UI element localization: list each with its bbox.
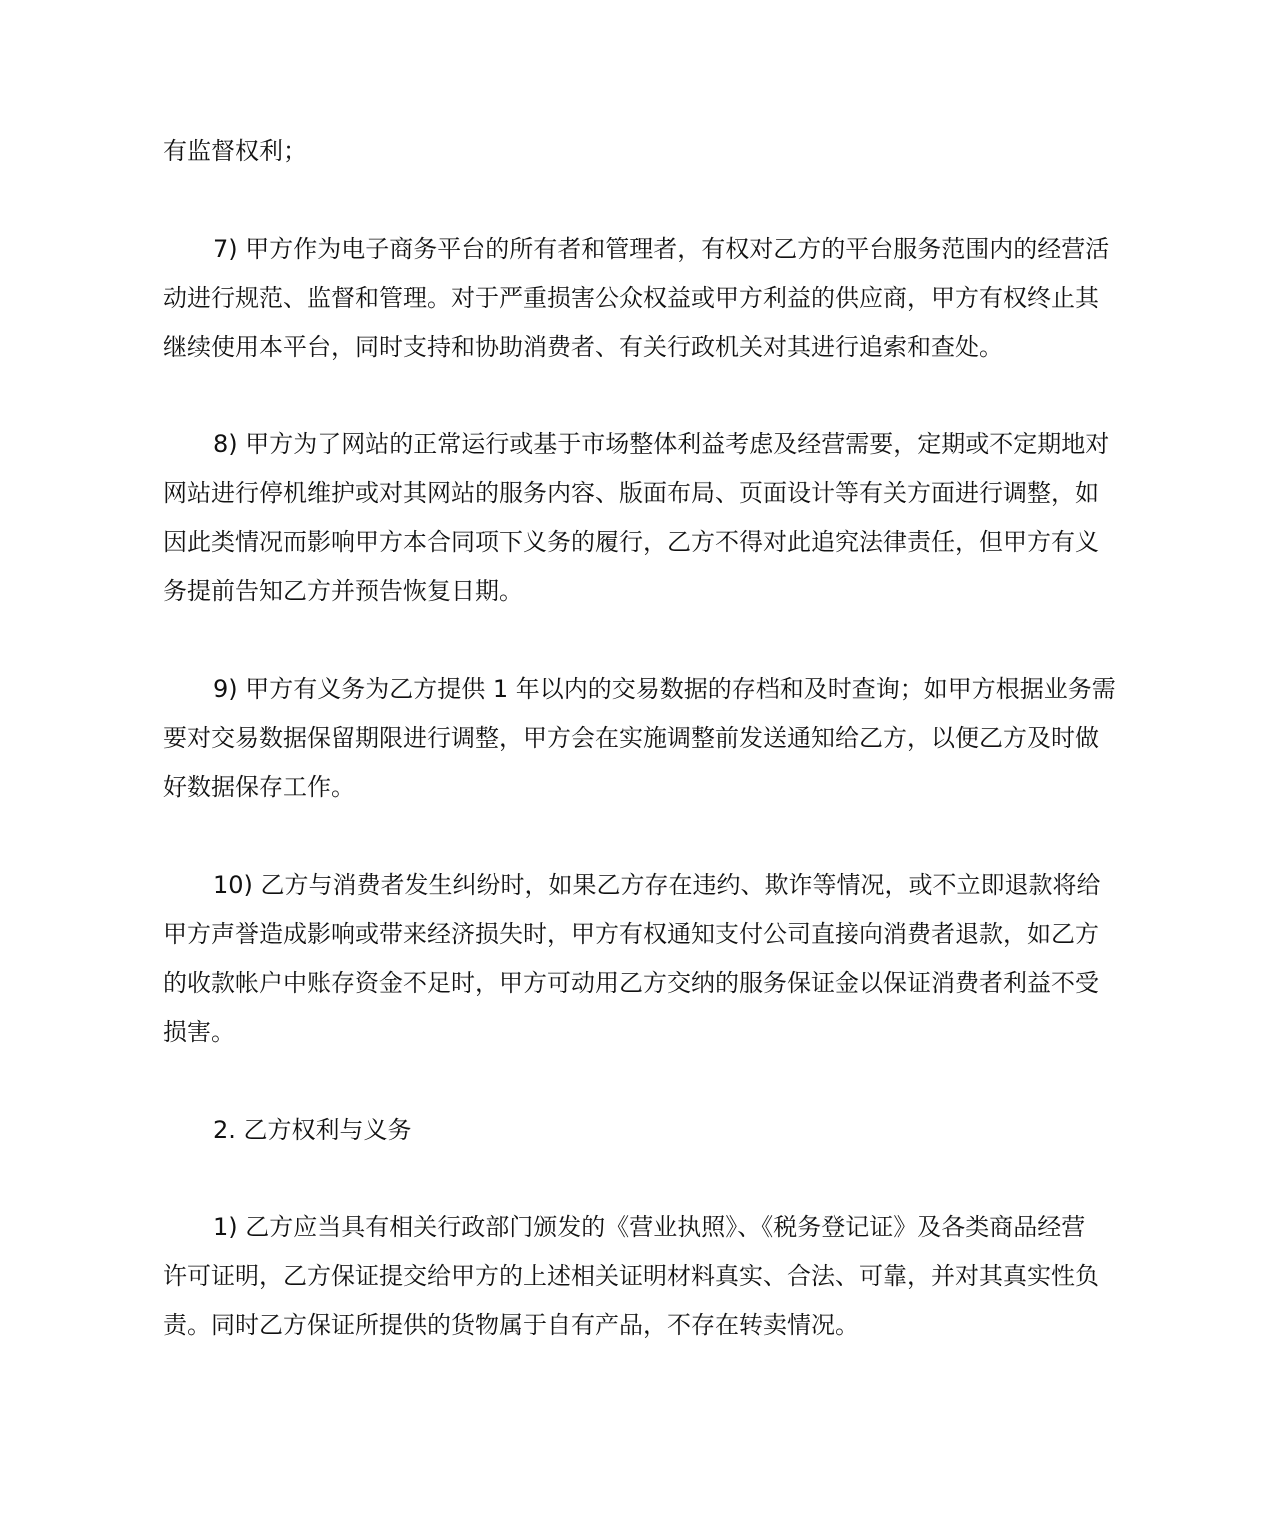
clause-10-line-3: 的收款帐户中账存资金不足时，甲方可动用乙方交纳的服务保证金以保证消费者利益不受 [163,968,1099,998]
party-b-clause-1-line-2: 许可证明，乙方保证提交给甲方的上述相关证明材料真实、合法、可靠，并对其真实性负 [163,1261,1099,1291]
clause-8-line-3: 因此类情况而影响甲方本合同项下义务的履行，乙方不得对此追究法律责任，但甲方有义 [163,527,1099,557]
clause-8-line-1: 8) 甲方为了网站的正常运行或基于市场整体利益考虑及经营需要，定期或不定期地对 [213,429,1109,459]
party-b-clause-1-line-3: 责。同时乙方保证所提供的货物属于自有产品，不存在转卖情况。 [163,1310,859,1340]
clause-8-line-4: 务提前告知乙方并预告恢复日期。 [163,576,523,606]
document-page: 有监督权利； 7) 甲方作为电子商务平台的所有者和管理者，有权对乙方的平台服务范… [0,0,1280,1521]
clause-7-line-3: 继续使用本平台，同时支持和协助消费者、有关行政机关对其进行追索和查处。 [163,332,1003,362]
clause-10-line-4: 损害。 [163,1017,235,1047]
section-heading-party-b-rights: 2. 乙方权利与义务 [213,1115,412,1145]
clause-7-line-1: 7) 甲方作为电子商务平台的所有者和管理者，有权对乙方的平台服务范围内的经营活 [213,234,1109,264]
clause-9-line-2: 要对交易数据保留期限进行调整，甲方会在实施调整前发送通知给乙方，以便乙方及时做 [163,723,1099,753]
clause-10-line-2: 甲方声誉造成影响或带来经济损失时，甲方有权通知支付公司直接向消费者退款，如乙方 [163,919,1099,949]
clause-9-line-3: 好数据保存工作。 [163,772,355,802]
clause-7-line-2: 动进行规范、监督和管理。对于严重损害公众权益或甲方利益的供应商，甲方有权终止其 [163,283,1099,313]
clause-8-line-2: 网站进行停机维护或对其网站的服务内容、版面布局、页面设计等有关方面进行调整，如 [163,478,1099,508]
paragraph-continuation-line: 有监督权利； [163,136,307,166]
clause-9-line-1: 9) 甲方有义务为乙方提供 1 年以内的交易数据的存档和及时查询；如甲方根据业务… [213,674,1116,704]
clause-10-line-1: 10) 乙方与消费者发生纠纷时，如果乙方存在违约、欺诈等情况，或不立即退款将给 [213,870,1101,900]
party-b-clause-1-line-1: 1) 乙方应当具有相关行政部门颁发的《营业执照》、《税务登记证》及各类商品经营 [213,1212,1085,1242]
